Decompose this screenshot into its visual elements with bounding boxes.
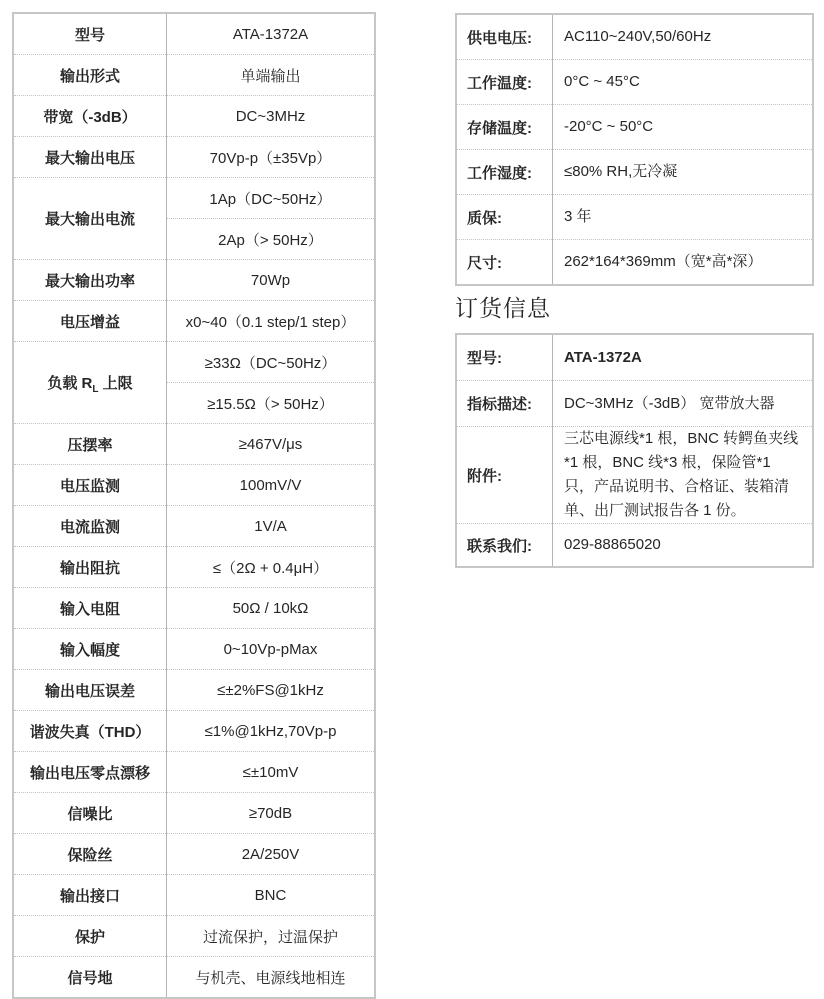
general-spec-row-value: -20°C ~ 50°C	[553, 105, 814, 150]
spec-value-cell: ≤±10mV	[167, 752, 376, 793]
spec-row: 最大输出电压70Vp-p（±35Vp）	[13, 137, 375, 178]
ordering-row-label: 附件:	[456, 427, 553, 524]
spec-label-cell: 信噪比	[13, 793, 167, 834]
spec-value-cell: 单端输出	[167, 55, 376, 96]
spec-label-cell: 型号	[13, 13, 167, 55]
spec-label-cell: 输入幅度	[13, 629, 167, 670]
spec-value-cell: 1Ap（DC~50Hz）	[167, 178, 376, 219]
spec-row: 输出电压误差≤±2%FS@1kHz	[13, 670, 375, 711]
ordering-row-label: 联系我们:	[456, 524, 553, 568]
spec-label-cell: 保险丝	[13, 834, 167, 875]
spec-row: 信号地与机壳、电源线地相连	[13, 957, 375, 999]
general-spec-row: 尺寸:262*164*369mm（宽*高*深）	[456, 240, 813, 286]
general-spec-row-label: 尺寸:	[456, 240, 553, 286]
spec-label-cell: 谐波失真（THD）	[13, 711, 167, 752]
spec-row: 电压监测100mV/V	[13, 465, 375, 506]
general-spec-row-value: 0°C ~ 45°C	[553, 60, 814, 105]
spec-label-cell: 最大输出电压	[13, 137, 167, 178]
spec-row: 信噪比≥70dB	[13, 793, 375, 834]
spec-row: 输出阻抗≤（2Ω + 0.4μH）	[13, 547, 375, 588]
ordering-table-body: 型号:ATA-1372A指标描述:DC~3MHz（-3dB） 宽带放大器附件:三…	[456, 334, 813, 567]
spec-row: 电压增益x0~40（0.1 step/1 step）	[13, 301, 375, 342]
spec-row: 保护过流保护，过温保护	[13, 916, 375, 957]
general-spec-table: 供电电压:AC110~240V,50/60Hz工作温度:0°C ~ 45°C存储…	[455, 13, 814, 286]
ordering-row: 指标描述:DC~3MHz（-3dB） 宽带放大器	[456, 381, 813, 427]
ordering-row-value: 029-88865020	[553, 524, 814, 568]
ordering-row: 附件:三芯电源线*1 根，BNC 转鳄鱼夹线*1 根，BNC 线*3 根，保险管…	[456, 427, 813, 524]
spec-label-cell: 负载 RL 上限	[13, 342, 167, 424]
general-spec-row: 质保:3 年	[456, 195, 813, 240]
spec-value-cell: ≥70dB	[167, 793, 376, 834]
general-spec-row-label: 存储温度:	[456, 105, 553, 150]
ordering-row: 型号:ATA-1372A	[456, 334, 813, 381]
spec-row: 输出形式单端输出	[13, 55, 375, 96]
spec-label-cell: 电压增益	[13, 301, 167, 342]
general-spec-table-body: 供电电压:AC110~240V,50/60Hz工作温度:0°C ~ 45°C存储…	[456, 14, 813, 285]
spec-value-cell: 70Wp	[167, 260, 376, 301]
general-spec-row-label: 工作湿度:	[456, 150, 553, 195]
spec-row: 谐波失真（THD）≤1%@1kHz,70Vp-p	[13, 711, 375, 752]
spec-value-cell: DC~3MHz	[167, 96, 376, 137]
spec-value-cell: ≤1%@1kHz,70Vp-p	[167, 711, 376, 752]
ordering-row-value: 三芯电源线*1 根，BNC 转鳄鱼夹线*1 根，BNC 线*3 根，保险管*1 …	[553, 427, 814, 524]
ordering-table: 型号:ATA-1372A指标描述:DC~3MHz（-3dB） 宽带放大器附件:三…	[455, 333, 814, 568]
spec-value-cell: ≤±2%FS@1kHz	[167, 670, 376, 711]
spec-label-cell: 输出接口	[13, 875, 167, 916]
spec-row: 最大输出功率70Wp	[13, 260, 375, 301]
spec-value-cell: x0~40（0.1 step/1 step）	[167, 301, 376, 342]
general-spec-row: 工作湿度:≤80% RH,无冷凝	[456, 150, 813, 195]
spec-sheet-page: { "colors": { "text": "#262626", "border…	[0, 0, 824, 991]
spec-value-cell: 0~10Vp-pMax	[167, 629, 376, 670]
spec-label-cell: 电压监测	[13, 465, 167, 506]
spec-value-cell: 过流保护，过温保护	[167, 916, 376, 957]
spec-value-cell: ATA-1372A	[167, 13, 376, 55]
spec-label-cell: 带宽（-3dB）	[13, 96, 167, 137]
spec-label-cell: 最大输出电流	[13, 178, 167, 260]
spec-label-cell: 压摆率	[13, 424, 167, 465]
spec-row: 带宽（-3dB）DC~3MHz	[13, 96, 375, 137]
spec-label-cell: 电流监测	[13, 506, 167, 547]
general-spec-row-label: 供电电压:	[456, 14, 553, 60]
ordering-row-value: DC~3MHz（-3dB） 宽带放大器	[553, 381, 814, 427]
general-spec-row-label: 质保:	[456, 195, 553, 240]
main-spec-table: 型号ATA-1372A输出形式单端输出带宽（-3dB）DC~3MHz最大输出电压…	[12, 12, 376, 999]
spec-row: 最大输出电流1Ap（DC~50Hz）	[13, 178, 375, 219]
spec-value-cell: 与机壳、电源线地相连	[167, 957, 376, 999]
spec-value-cell: 100mV/V	[167, 465, 376, 506]
spec-value-cell: BNC	[167, 875, 376, 916]
general-spec-row: 工作温度:0°C ~ 45°C	[456, 60, 813, 105]
general-spec-row: 存储温度:-20°C ~ 50°C	[456, 105, 813, 150]
spec-row: 负载 RL 上限≥33Ω（DC~50Hz）	[13, 342, 375, 383]
ordering-row-value: ATA-1372A	[553, 334, 814, 381]
spec-value-cell: ≥467V/μs	[167, 424, 376, 465]
spec-value-cell: ≥15.5Ω（> 50Hz）	[167, 383, 376, 424]
spec-label-cell: 输出阻抗	[13, 547, 167, 588]
spec-row: 保险丝2A/250V	[13, 834, 375, 875]
spec-label-cell: 保护	[13, 916, 167, 957]
general-spec-row-value: ≤80% RH,无冷凝	[553, 150, 814, 195]
spec-label-cell: 输出电压误差	[13, 670, 167, 711]
spec-row: 输出电压零点漂移≤±10mV	[13, 752, 375, 793]
spec-row: 输入幅度0~10Vp-pMax	[13, 629, 375, 670]
ordering-row-label: 指标描述:	[456, 381, 553, 427]
spec-label-text: 负载 R	[47, 375, 92, 392]
spec-value-cell: 70Vp-p（±35Vp）	[167, 137, 376, 178]
ordering-info-heading: 订货信息	[455, 290, 551, 323]
spec-row: 输出接口BNC	[13, 875, 375, 916]
spec-value-cell: 50Ω / 10kΩ	[167, 588, 376, 629]
spec-value-cell: 2A/250V	[167, 834, 376, 875]
general-spec-row-value: AC110~240V,50/60Hz	[553, 14, 814, 60]
spec-label-cell: 信号地	[13, 957, 167, 999]
spec-row: 压摆率≥467V/μs	[13, 424, 375, 465]
ordering-row-label: 型号:	[456, 334, 553, 381]
spec-value-cell: ≥33Ω（DC~50Hz）	[167, 342, 376, 383]
general-spec-row-label: 工作温度:	[456, 60, 553, 105]
general-spec-row-value: 3 年	[553, 195, 814, 240]
ordering-row: 联系我们:029-88865020	[456, 524, 813, 568]
main-spec-table-body: 型号ATA-1372A输出形式单端输出带宽（-3dB）DC~3MHz最大输出电压…	[13, 13, 375, 998]
spec-row: 输入电阻50Ω / 10kΩ	[13, 588, 375, 629]
spec-row: 电流监测1V/A	[13, 506, 375, 547]
spec-label-cell: 输出电压零点漂移	[13, 752, 167, 793]
spec-value-cell: ≤（2Ω + 0.4μH）	[167, 547, 376, 588]
spec-label-cell: 输出形式	[13, 55, 167, 96]
spec-label-text: 上限	[98, 375, 132, 392]
general-spec-row: 供电电压:AC110~240V,50/60Hz	[456, 14, 813, 60]
spec-label-cell: 最大输出功率	[13, 260, 167, 301]
general-spec-row-value: 262*164*369mm（宽*高*深）	[553, 240, 814, 286]
spec-label-cell: 输入电阻	[13, 588, 167, 629]
spec-value-cell: 2Ap（> 50Hz）	[167, 219, 376, 260]
spec-value-cell: 1V/A	[167, 506, 376, 547]
spec-row: 型号ATA-1372A	[13, 13, 375, 55]
